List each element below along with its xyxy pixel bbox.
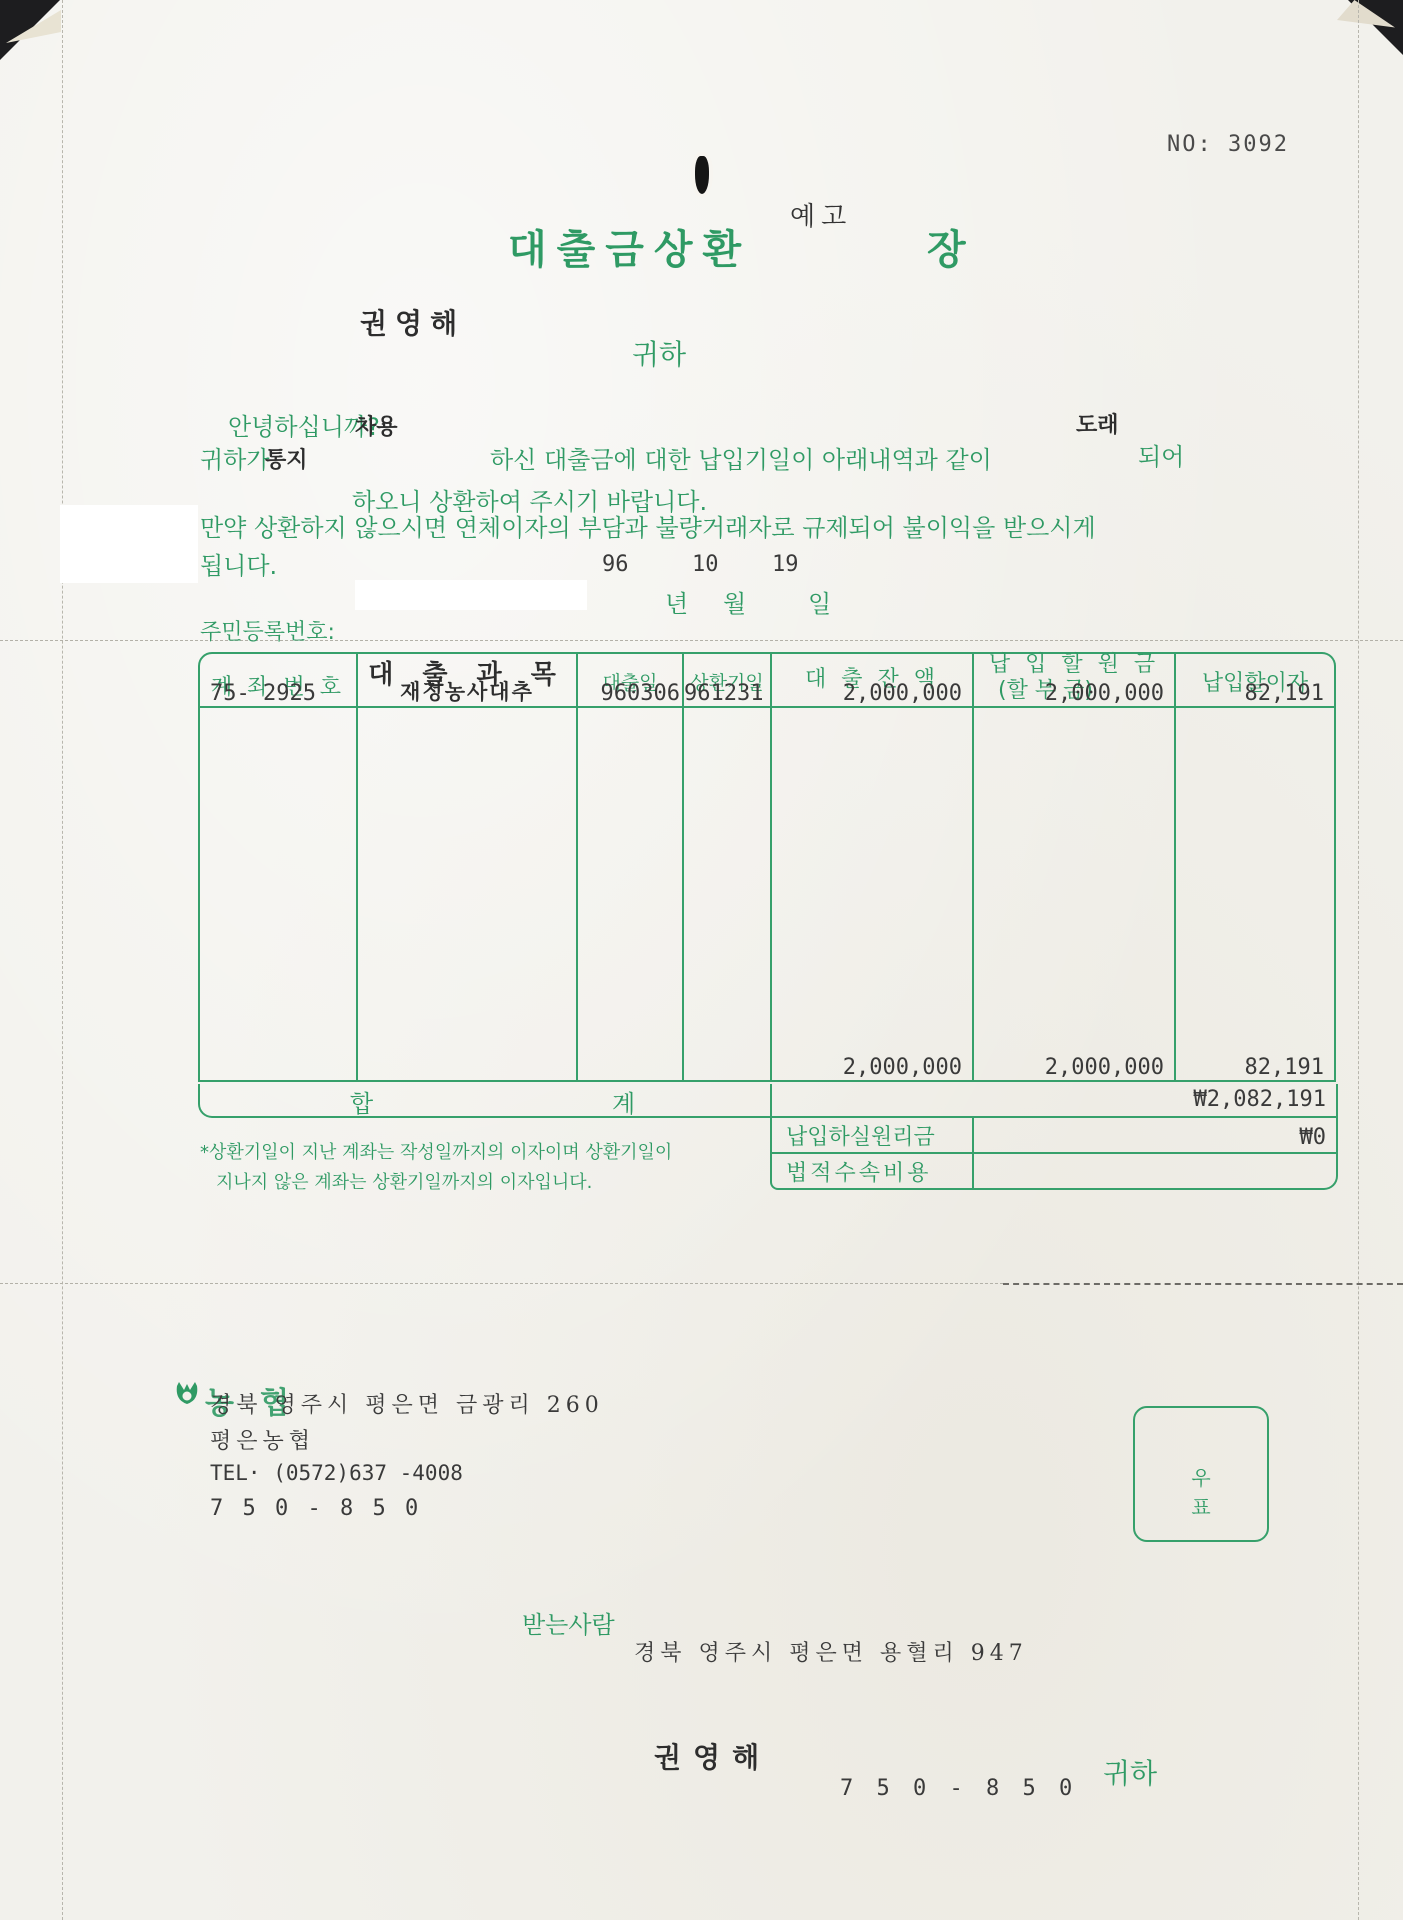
subtotal-principal-due: 2,000,000	[1045, 1055, 1164, 1080]
subtotal-loan-balance: 2,000,000	[843, 1055, 962, 1080]
footnote-line2: 지나지 않은 계좌는 상환기일까지의 이자입니다.	[216, 1168, 592, 1194]
addressee-address: 경북 영주시 평은면 용혈리 947	[634, 1636, 1028, 1667]
perforation-right	[1358, 0, 1359, 1920]
total-label-right: 계	[612, 1084, 635, 1119]
grand-total: ₩2,082,191	[1194, 1087, 1326, 1112]
recipient-name: 권영해	[360, 302, 465, 342]
document-title-suffix: 장	[927, 218, 966, 275]
sender-tel: TEL· (0572)637 -4008	[210, 1461, 463, 1485]
body-line2-suffix: 되어	[1138, 437, 1184, 472]
total-label-left: 합	[350, 1084, 373, 1119]
stamp-label: 우 표	[1135, 1462, 1267, 1520]
overprint-notice: 통지	[265, 443, 308, 474]
cell-loan-balance: 2,000,000	[843, 681, 962, 706]
cell-principal-due: 2,000,000	[1045, 681, 1164, 706]
overprint-arrival: 도래	[1076, 408, 1119, 439]
header-account-no: 계 좌 번 호 75- 2925	[198, 652, 358, 708]
paid-label: 납입하실원리금	[786, 1120, 935, 1151]
header-loan-balance: 대 출 잔 액 2,000,000	[772, 652, 974, 708]
overprint-borrow: 차용	[355, 410, 398, 441]
paid-row: 납입하실원리금 ₩0	[770, 1118, 1338, 1154]
cell-loan-date: 960306	[601, 681, 680, 706]
header-principal-due: 납 입 할 원 금 (할 부 금) 2,000,000	[974, 652, 1176, 708]
fold-line	[0, 1283, 1003, 1284]
sender-postal-code: 7 5 0 - 8 5 0	[210, 1496, 421, 1521]
postage-stamp-box: 우 표	[1133, 1406, 1269, 1542]
addressee-label: 받는사람	[522, 1605, 615, 1640]
fold-line-dark	[1003, 1283, 1403, 1285]
date-label-day: 일	[808, 584, 831, 619]
header-loan-subject: 대 출 과 목 재정농사대추	[358, 652, 578, 708]
recipient-honorific: 귀하	[632, 333, 686, 373]
cell-account-no: 75- 2925	[210, 681, 316, 706]
sender-address: 경북 영주시 평은면 금광리 260	[210, 1388, 604, 1419]
date-month: 10	[692, 552, 719, 577]
subtotal-interest-due: 82,191	[1245, 1055, 1324, 1080]
table-body-empty: 2,000,000 2,000,000 82,191	[198, 708, 1336, 1082]
document-title: 대출금상환	[508, 218, 751, 275]
table-header-row: 계 좌 번 호 75- 2925 대 출 과 목 재정농사대추 대출일 9603…	[198, 652, 1336, 708]
date-day: 19	[772, 552, 799, 577]
resident-id-label: 주민등록번호:	[200, 615, 335, 646]
footnote-line1: *상환기일이 지난 계좌는 작성일까지의 이자이며 상환기일이	[200, 1138, 672, 1164]
legal-fee-row: 법적수속비용	[770, 1154, 1338, 1190]
loan-table: 계 좌 번 호 75- 2925 대 출 과 목 재정농사대추 대출일 9603…	[198, 652, 1336, 1082]
cell-loan-subject: 재정농사대추	[358, 676, 576, 706]
addressee-postal-code: 7 5 0 - 8 5 0	[840, 1776, 1077, 1801]
header-due-date: 상환기일 961231	[684, 652, 772, 708]
body-line2: 하신 대출금에 대한 납입기일이 아래내역과 같이	[490, 440, 992, 475]
total-row: 합 계 ₩2,082,191	[198, 1084, 1336, 1118]
date-year: 96	[602, 552, 629, 577]
cell-interest-due: 82,191	[1245, 681, 1324, 706]
cell-due-date: 961231	[684, 681, 763, 706]
legal-fee-label: 법적수속비용	[786, 1156, 932, 1187]
date-label-year: 년	[665, 584, 688, 619]
addressee-name: 권영해	[654, 1736, 771, 1776]
body-line2-prefix: 귀하가	[200, 440, 270, 475]
addressee-honorific: 귀하	[1103, 1752, 1157, 1792]
paid-value: ₩0	[1300, 1125, 1327, 1150]
title-overprint: 예고	[790, 196, 852, 233]
sender-name: 평은농협	[210, 1424, 315, 1455]
redaction	[60, 505, 198, 583]
body-line5: 됩니다.	[200, 546, 277, 581]
perforation-left	[62, 0, 63, 1920]
punch-hole	[695, 156, 709, 194]
document-number: NO: 3092	[1167, 132, 1289, 157]
date-label-month: 월	[723, 584, 746, 619]
header-loan-date: 대출일 960306	[578, 652, 684, 708]
body-line4: 만약 상환하지 않으시면 연체이자의 부담과 불량거래자로 규제되어 불이익을 …	[200, 508, 1096, 543]
redaction	[355, 580, 587, 610]
nonghyup-logo-icon	[175, 1380, 199, 1406]
header-interest-due: 납입할이자 82,191	[1176, 652, 1336, 708]
